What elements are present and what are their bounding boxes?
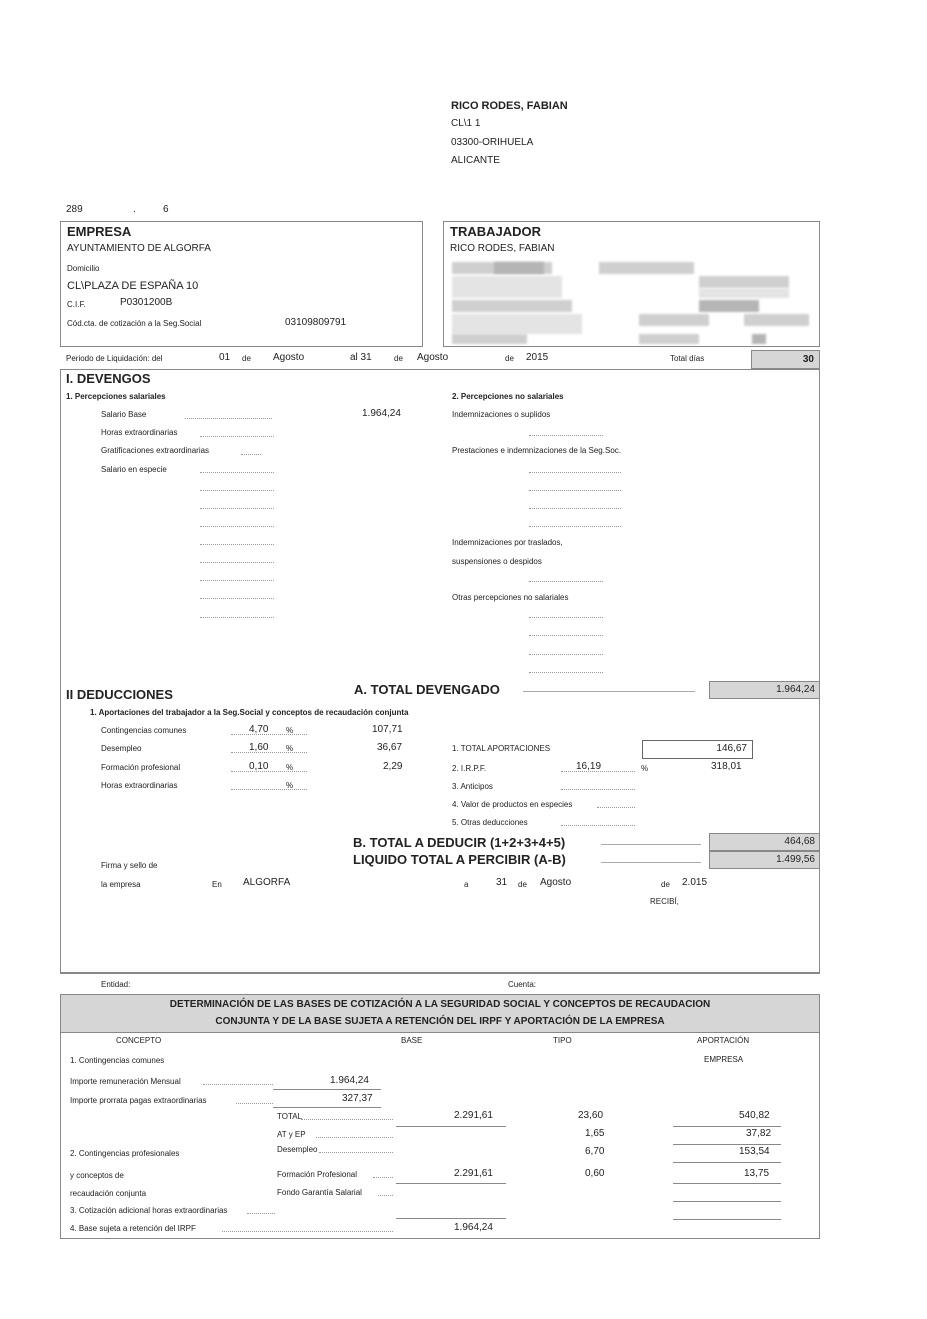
total-aportaciones-value: 146,67 bbox=[716, 743, 747, 754]
total-devengado-label: A. TOTAL DEVENGADO bbox=[354, 682, 500, 697]
empresa-name: AYUNTAMIENTO DE ALGORFA bbox=[67, 243, 211, 254]
periodo-from-day: 01 bbox=[219, 352, 230, 363]
importe-mensual-label: Importe remuneración Mensual bbox=[70, 1077, 181, 1086]
traslados-label: Indemnizaciones por traslados, bbox=[452, 538, 563, 547]
cp-title-1: 2. Contingencias profesionales bbox=[70, 1149, 179, 1158]
firma-label: Firma y sello de bbox=[101, 861, 157, 870]
horas-extra-ded-label: Horas extraordinarias bbox=[101, 781, 177, 790]
row-atep-tipo: 1,65 bbox=[585, 1128, 604, 1139]
percent-sign: % bbox=[286, 726, 293, 735]
periodo-de: de bbox=[394, 354, 403, 363]
trabajador-box: TRABAJADOR RICO RODES, FABIAN bbox=[443, 221, 820, 347]
desempleo-value: 36,67 bbox=[377, 742, 402, 753]
total-deducir-label: B. TOTAL A DEDUCIR (1+2+3+4+5) bbox=[353, 835, 565, 850]
valor-productos-label: 4. Valor de productos en especies bbox=[452, 800, 572, 809]
periodo-to-month: Agosto bbox=[417, 352, 448, 363]
empresa-box: EMPRESA AYUNTAMIENTO DE ALGORFA Domicili… bbox=[60, 221, 423, 347]
total-dias-box: 30 bbox=[751, 350, 820, 369]
irpf-pct-sign: % bbox=[641, 764, 648, 773]
irpf-label: 2. I.R.P.F. bbox=[452, 764, 486, 773]
anticipos-label: 3. Anticipos bbox=[452, 782, 493, 791]
row-formacion-tipo: 0,60 bbox=[585, 1168, 604, 1179]
total-deducir-box: 464,68 bbox=[709, 833, 820, 851]
indemnizaciones-label: Indemnizaciones o suplidos bbox=[452, 410, 550, 419]
bases-title-1: DETERMINACIÓN DE LAS BASES DE COTIZACIÓN… bbox=[61, 999, 819, 1010]
irpf-pct: 16,19 bbox=[576, 761, 601, 772]
desempleo-pct: 1,60 bbox=[249, 742, 268, 753]
prestaciones-label: Prestaciones e indemnizaciones de la Seg… bbox=[452, 446, 621, 455]
devengos-title: I. DEVENGOS bbox=[66, 371, 151, 386]
firma-a: a bbox=[464, 880, 468, 889]
total-devengado-box: 1.964,24 bbox=[709, 681, 820, 699]
prorrata-value: 327,37 bbox=[342, 1093, 373, 1104]
cp-title-3: recaudación conjunta bbox=[70, 1189, 146, 1198]
reference-dot: . bbox=[133, 204, 136, 215]
desempleo-label: Desempleo bbox=[101, 744, 141, 753]
empresa-title: EMPRESA bbox=[67, 224, 131, 239]
ccc-label: Cód.cta. de cotización a la Seg.Social bbox=[67, 319, 201, 328]
row-total-aportacion: 540,82 bbox=[739, 1110, 770, 1121]
formacion-value: 2,29 bbox=[383, 761, 402, 772]
recipient-street: CL\1 1 bbox=[451, 118, 480, 129]
domicilio-label: Domicilio bbox=[67, 264, 99, 273]
contingencias-value: 107,71 bbox=[372, 724, 403, 735]
total-dias-value: 30 bbox=[803, 354, 814, 365]
bases-title-2: CONJUNTA Y DE LA BASE SUJETA A RETENCIÓN… bbox=[61, 1016, 819, 1027]
prorrata-label: Importe prorrata pagas extraordinarias bbox=[70, 1096, 207, 1105]
entidad-label: Entidad: bbox=[101, 980, 130, 989]
firma-de-year: de bbox=[661, 880, 670, 889]
salario-base-label: Salario Base bbox=[101, 410, 146, 419]
otras-deducciones-label: 5. Otras deducciones bbox=[452, 818, 528, 827]
cp-title-2: y conceptos de bbox=[70, 1171, 124, 1180]
periodo-to-day: al 31 bbox=[350, 352, 372, 363]
importe-mensual-value: 1.964,24 bbox=[330, 1075, 369, 1086]
header-base: BASE bbox=[401, 1036, 422, 1045]
empresa-address: CL\PLAZA DE ESPAÑA 10 bbox=[67, 280, 198, 292]
periodo-year: 2015 bbox=[526, 352, 548, 363]
aportaciones-title: 1. Aportaciones del trabajador a la Seg.… bbox=[90, 708, 408, 717]
row-formacion-aportacion: 13,75 bbox=[744, 1168, 769, 1179]
otras-percepciones-label: Otras percepciones no salariales bbox=[452, 593, 569, 602]
header-tipo: TIPO bbox=[553, 1036, 572, 1045]
horas-extra-label: Horas extraordinarias bbox=[101, 428, 177, 437]
row-atep-label: AT y EP bbox=[277, 1130, 306, 1139]
row-desempleo-aportacion: 153,54 bbox=[739, 1146, 770, 1157]
firma-place: ALGORFA bbox=[243, 877, 290, 888]
gratificaciones-label: Gratificaciones extraordinarias bbox=[101, 446, 209, 455]
irpf-base-value: 1.964,24 bbox=[454, 1222, 493, 1233]
trabajador-title: TRABAJADOR bbox=[450, 224, 541, 239]
recibi-label: RECIBÍ, bbox=[650, 897, 679, 906]
firma-de: de bbox=[518, 880, 527, 889]
firma-month: Agosto bbox=[540, 877, 571, 888]
salario-base-value: 1.964,24 bbox=[362, 408, 401, 419]
contingencias-pct: 4,70 bbox=[249, 724, 268, 735]
ccc-value: 03109809791 bbox=[285, 317, 346, 328]
total-aportaciones-label: 1. TOTAL APORTACIONES bbox=[452, 744, 550, 753]
liquido-label: LIQUIDO TOTAL A PERCIBIR (A-B) bbox=[353, 852, 566, 867]
total-aportaciones-box: 146,67 bbox=[642, 740, 753, 759]
cif-label: C.I.F. bbox=[67, 300, 86, 309]
row-atep-aportacion: 37,82 bbox=[746, 1128, 771, 1139]
cc-title: 1. Contingencias comunes bbox=[70, 1056, 164, 1065]
periodo-de: de bbox=[242, 354, 251, 363]
irpf-value: 318,01 bbox=[711, 761, 742, 772]
recipient-city: 03300-ORIHUELA bbox=[451, 137, 533, 148]
trabajador-name: RICO RODES, FABIAN bbox=[450, 243, 554, 254]
percent-sign: % bbox=[286, 781, 293, 790]
total-dias-label: Total días bbox=[670, 354, 704, 363]
formacion-label: Formación profesional bbox=[101, 763, 180, 772]
horas-extra-cot-label: 3. Cotización adicional horas extraordin… bbox=[70, 1206, 227, 1215]
firma-day: 31 bbox=[496, 877, 507, 888]
reference-left: 289 bbox=[66, 204, 83, 215]
liquido-value: 1.499,56 bbox=[776, 854, 815, 865]
firma-en: En bbox=[212, 880, 222, 889]
total-deducir-value: 464,68 bbox=[784, 836, 815, 847]
despidos-label: suspensiones o despidos bbox=[452, 557, 542, 566]
firma-label-2: la empresa bbox=[101, 880, 141, 889]
row-formacion-base: 2.291,61 bbox=[454, 1168, 493, 1179]
cif-value: P0301200B bbox=[120, 297, 172, 308]
formacion-pct: 0,10 bbox=[249, 761, 268, 772]
cuenta-label: Cuenta: bbox=[508, 980, 536, 989]
row-total-label: TOTAL bbox=[277, 1112, 302, 1121]
firma-year: 2.015 bbox=[682, 877, 707, 888]
recipient-name: RICO RODES, FABIAN bbox=[451, 100, 568, 112]
deducciones-title: II DEDUCCIONES bbox=[66, 687, 173, 702]
no-salariales-title: 2. Percepciones no salariales bbox=[452, 392, 564, 401]
row-desempleo-tipo: 6,70 bbox=[585, 1146, 604, 1157]
reference-right: 6 bbox=[163, 204, 169, 215]
percent-sign: % bbox=[286, 763, 293, 772]
header-aportacion: APORTACIÓN bbox=[697, 1036, 749, 1045]
percent-sign: % bbox=[286, 744, 293, 753]
periodo-row: Periodo de Liquidación: del 01 de Agosto… bbox=[60, 349, 820, 369]
header-empresa: EMPRESA bbox=[704, 1055, 743, 1064]
periodo-de: de bbox=[505, 354, 514, 363]
contingencias-label: Contingencias comunes bbox=[101, 726, 186, 735]
salario-especie-label: Salario en especie bbox=[101, 465, 167, 474]
bases-header: DETERMINACIÓN DE LAS BASES DE COTIZACIÓN… bbox=[61, 995, 819, 1033]
irpf-base-label: 4. Base sujeta a retención del IRPF bbox=[70, 1224, 196, 1233]
recipient-province: ALICANTE bbox=[451, 155, 500, 166]
row-fogasa-label: Fondo Garantía Salarial bbox=[277, 1188, 362, 1197]
header-concepto: CONCEPTO bbox=[116, 1036, 161, 1045]
periodo-label: Periodo de Liquidación: del bbox=[66, 354, 163, 363]
row-desempleo-label: Desempleo bbox=[277, 1145, 317, 1154]
row-formacion-label: Formación Profesional bbox=[277, 1170, 357, 1179]
row-total-tipo: 23,60 bbox=[578, 1110, 603, 1121]
liquido-box: 1.499,56 bbox=[709, 851, 820, 869]
row-total-base: 2.291,61 bbox=[454, 1110, 493, 1121]
total-devengado-value: 1.964,24 bbox=[776, 684, 815, 695]
periodo-from-month: Agosto bbox=[273, 352, 304, 363]
salariales-title: 1. Percepciones salariales bbox=[66, 392, 166, 401]
